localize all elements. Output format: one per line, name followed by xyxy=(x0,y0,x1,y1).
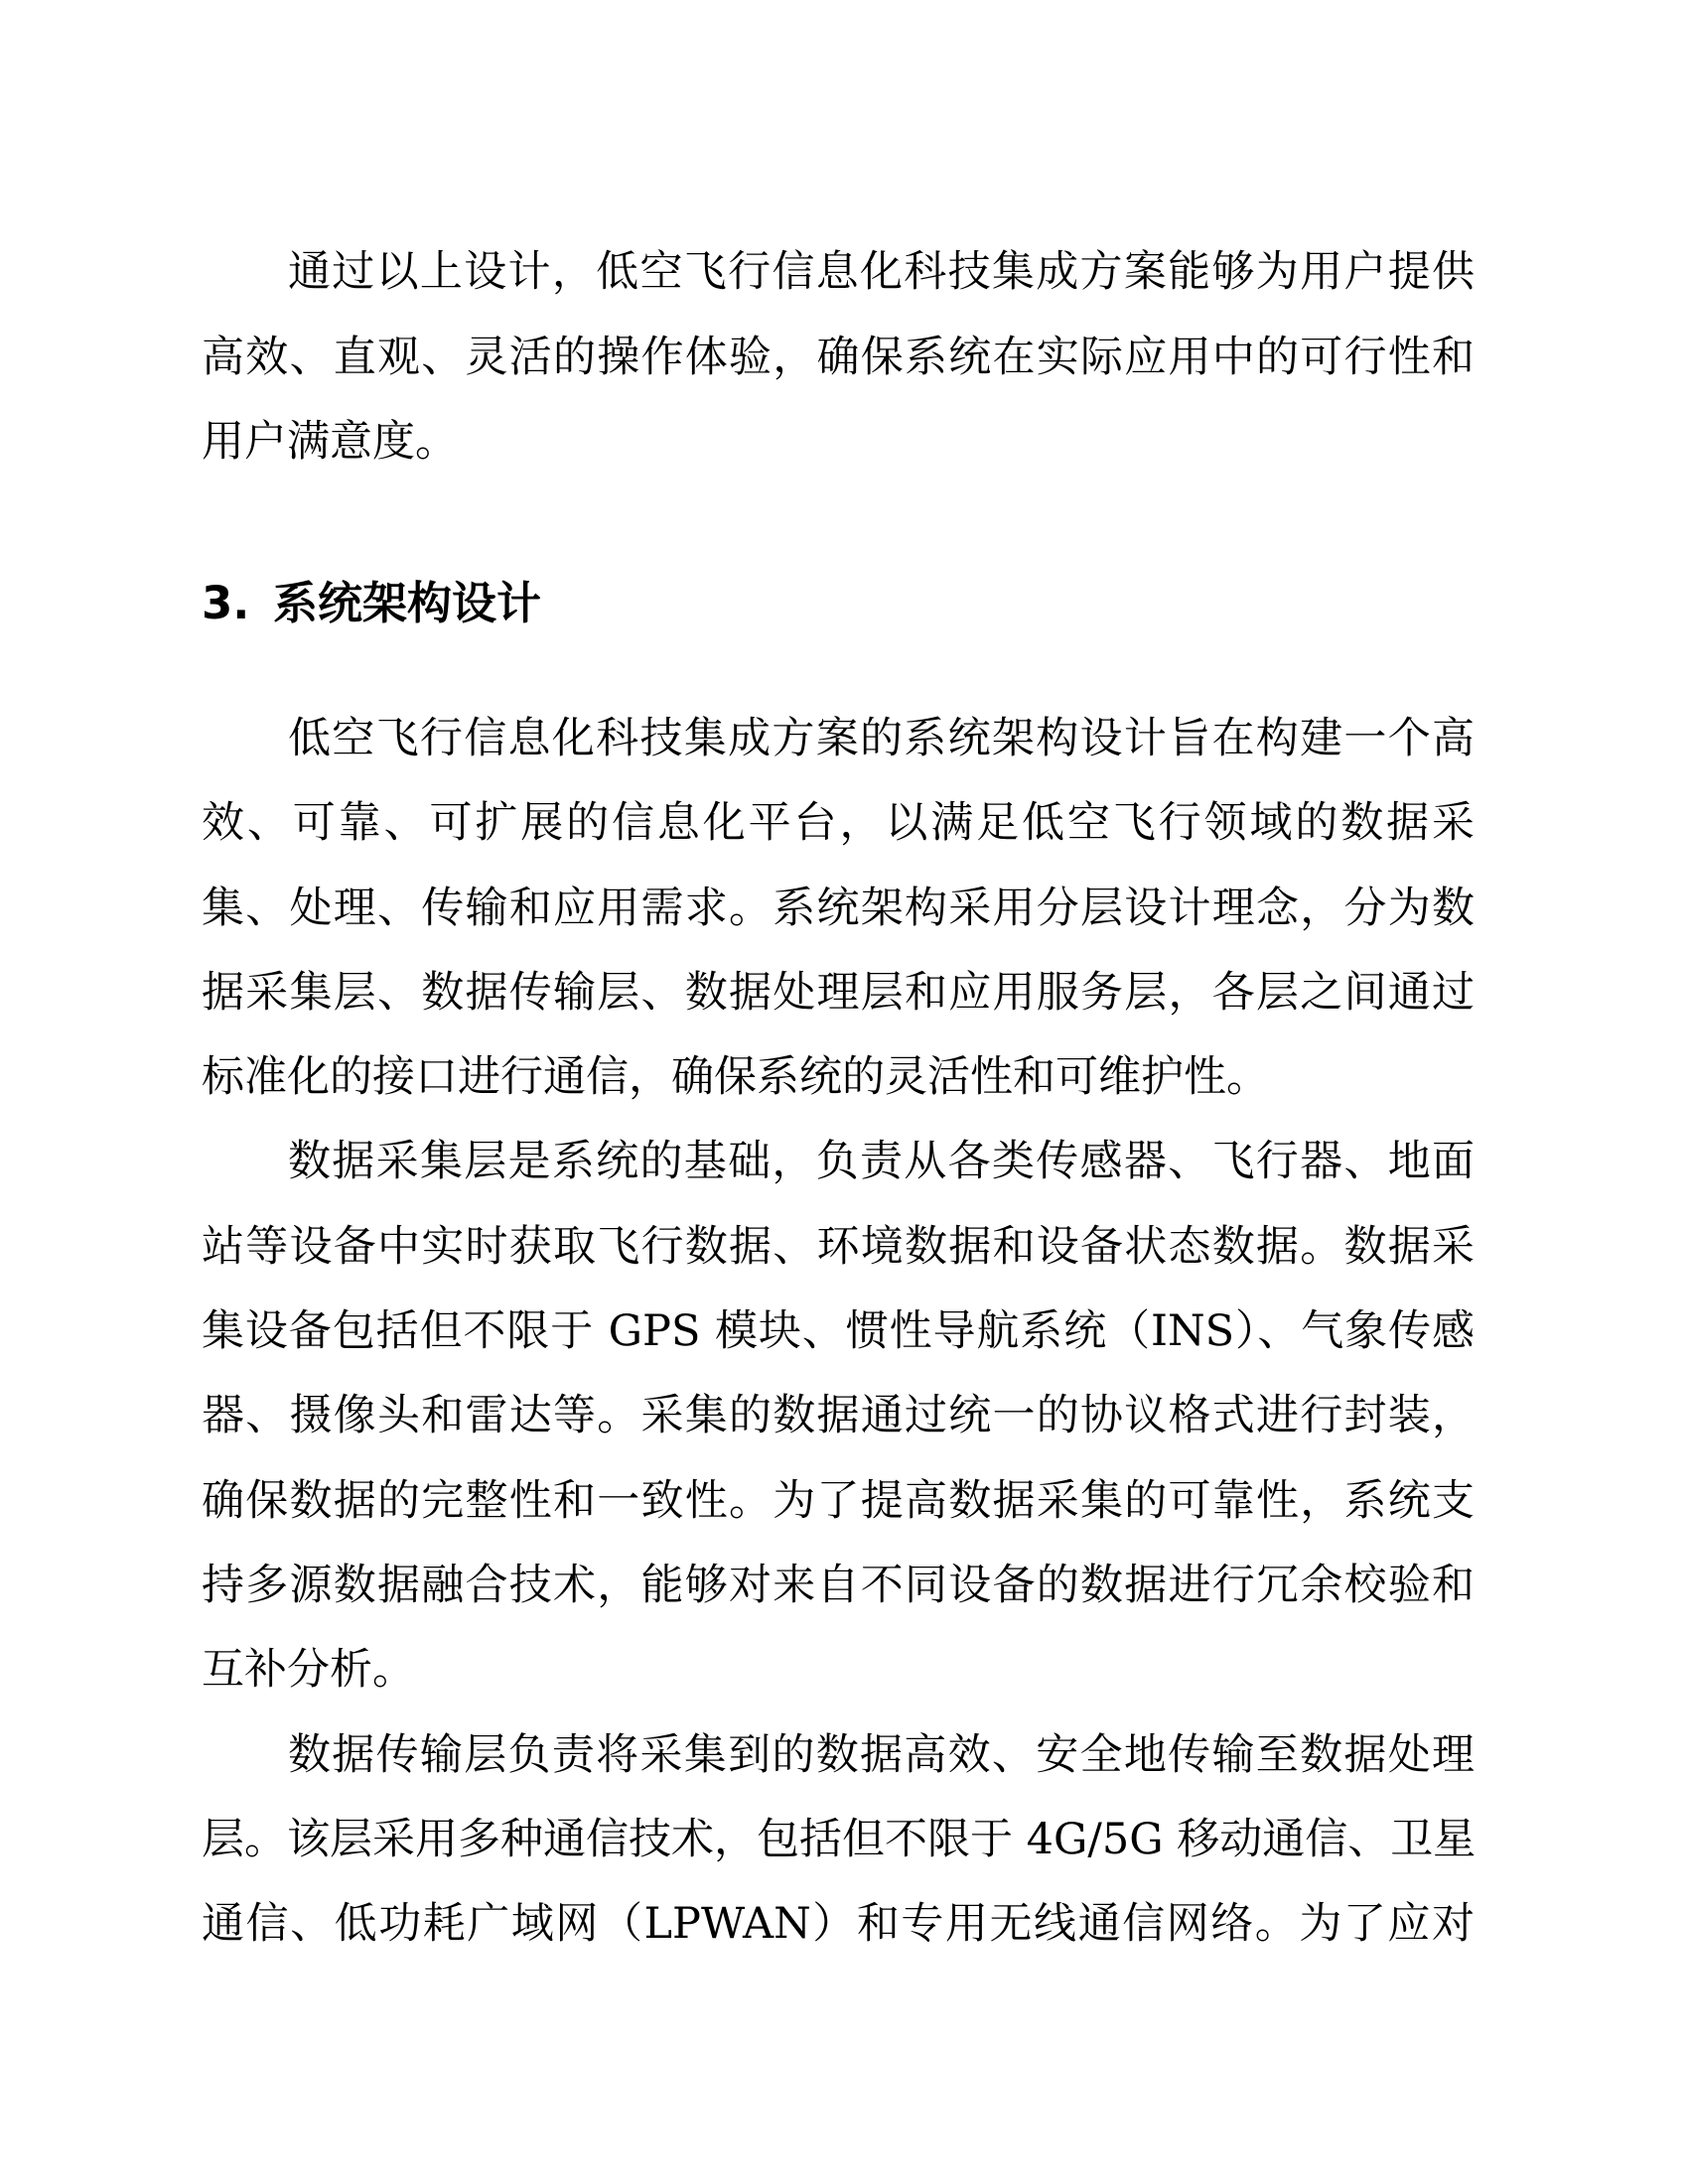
text-line: 据采集层、数据传输层、数据处理层和应用服务层，各层之间通过 xyxy=(202,963,1475,1023)
text-line: 标准化的接口进行通信，确保系统的灵活性和可维护性。 xyxy=(202,1047,1475,1107)
text-line: 器、摄像头和雷达等。采集的数据通过统一的协议格式进行封装， xyxy=(202,1386,1475,1445)
text-line: 集设备包括但不限于 GPS 模块、惯性导航系统（INS）、气象传感 xyxy=(202,1301,1475,1361)
text-line: 高效、直观、灵活的操作体验，确保系统在实际应用中的可行性和 xyxy=(202,328,1475,387)
text-line: 数据传输层负责将采集到的数据高效、安全地传输至数据处理 xyxy=(288,1725,1475,1785)
section-heading: 3.系统架构设计 xyxy=(202,574,541,633)
text-line: 确保数据的完整性和一致性。为了提高数据采集的可靠性，系统支 xyxy=(202,1471,1475,1531)
section-number: 3. xyxy=(202,574,273,633)
text-line: 低空飞行信息化科技集成方案的系统架构设计旨在构建一个高 xyxy=(288,709,1475,768)
text-line: 站等设备中实时获取飞行数据、环境数据和设备状态数据。数据采 xyxy=(202,1217,1475,1277)
document-page: 通过以上设计，低空飞行信息化科技集成方案能够为用户提供 高效、直观、灵活的操作体… xyxy=(0,0,1688,2184)
text-line: 持多源数据融合技术，能够对来自不同设备的数据进行冗余校验和 xyxy=(202,1556,1475,1615)
text-line: 互补分析。 xyxy=(202,1640,1475,1700)
text-line: 通信、低功耗广域网（LPWAN）和专用无线通信网络。为了应对 xyxy=(202,1894,1475,1954)
text-line: 用户满意度。 xyxy=(202,412,1475,472)
text-line: 数据采集层是系统的基础，负责从各类传感器、飞行器、地面 xyxy=(288,1132,1475,1191)
section-title: 系统架构设计 xyxy=(273,577,541,629)
text-line: 效、可靠、可扩展的信息化平台，以满足低空飞行领域的数据采 xyxy=(202,793,1475,853)
text-line: 通过以上设计，低空飞行信息化科技集成方案能够为用户提供 xyxy=(288,242,1475,302)
text-line: 集、处理、传输和应用需求。系统架构采用分层设计理念，分为数 xyxy=(202,879,1475,938)
text-line: 层。该层采用多种通信技术，包括但不限于 4G/5G 移动通信、卫星 xyxy=(202,1810,1475,1869)
